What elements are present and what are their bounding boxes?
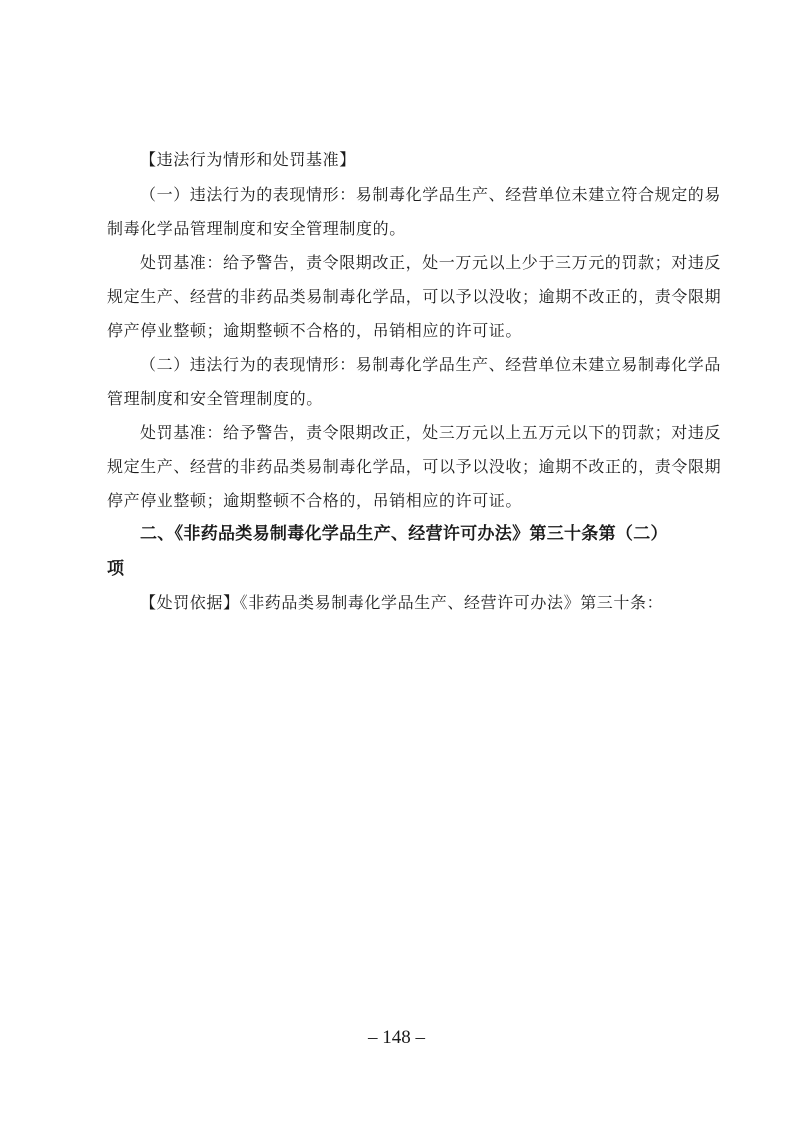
section-2-basis: 【处罚依据】《非药品类易制毒化学品生产、经营许可办法》第三十条： [140,593,663,613]
case-1-situation-line-1: （一）违法行为的表现情形：易制毒化学品生产、经营单位未建立符合规定的易 [140,185,721,205]
criteria-heading: 【违法行为情形和处罚基准】 [140,150,356,170]
document-page: 【违法行为情形和处罚基准】 （一）违法行为的表现情形：易制毒化学品生产、经营单位… [0,0,793,1122]
case-2-penalty-line-1: 处罚基准：给予警告，责令限期改正，处三万元以上五万元以下的罚款；对违反 [140,423,721,443]
case-1-situation-line-2: 制毒化学品管理制度和安全管理制度的。 [107,219,406,239]
case-1-penalty-line-3: 停产停业整顿；逾期整顿不合格的，吊销相应的许可证。 [107,321,522,341]
page-number: – 148 – [0,1027,793,1049]
section-2-heading-line-2: 项 [107,559,124,579]
case-1-penalty-line-2: 规定生产、经营的非药品类易制毒化学品，可以予以没收；逾期不改正的，责令限期 [107,287,721,307]
case-2-penalty-line-3: 停产停业整顿；逾期整顿不合格的，吊销相应的许可证。 [107,491,522,511]
case-2-penalty-line-2: 规定生产、经营的非药品类易制毒化学品，可以予以没收；逾期不改正的，责令限期 [107,457,721,477]
section-2-heading-line-1: 二、《非药品类易制毒化学品生产、经营许可办法》第三十条第（二） [140,524,668,544]
case-2-situation-line-2: 管理制度和安全管理制度的。 [107,389,323,409]
case-2-situation-line-1: （二）违法行为的表现情形：易制毒化学品生产、经营单位未建立易制毒化学品 [140,355,721,375]
case-1-penalty-line-1: 处罚基准：给予警告，责令限期改正，处一万元以上少于三万元的罚款；对违反 [140,253,721,273]
